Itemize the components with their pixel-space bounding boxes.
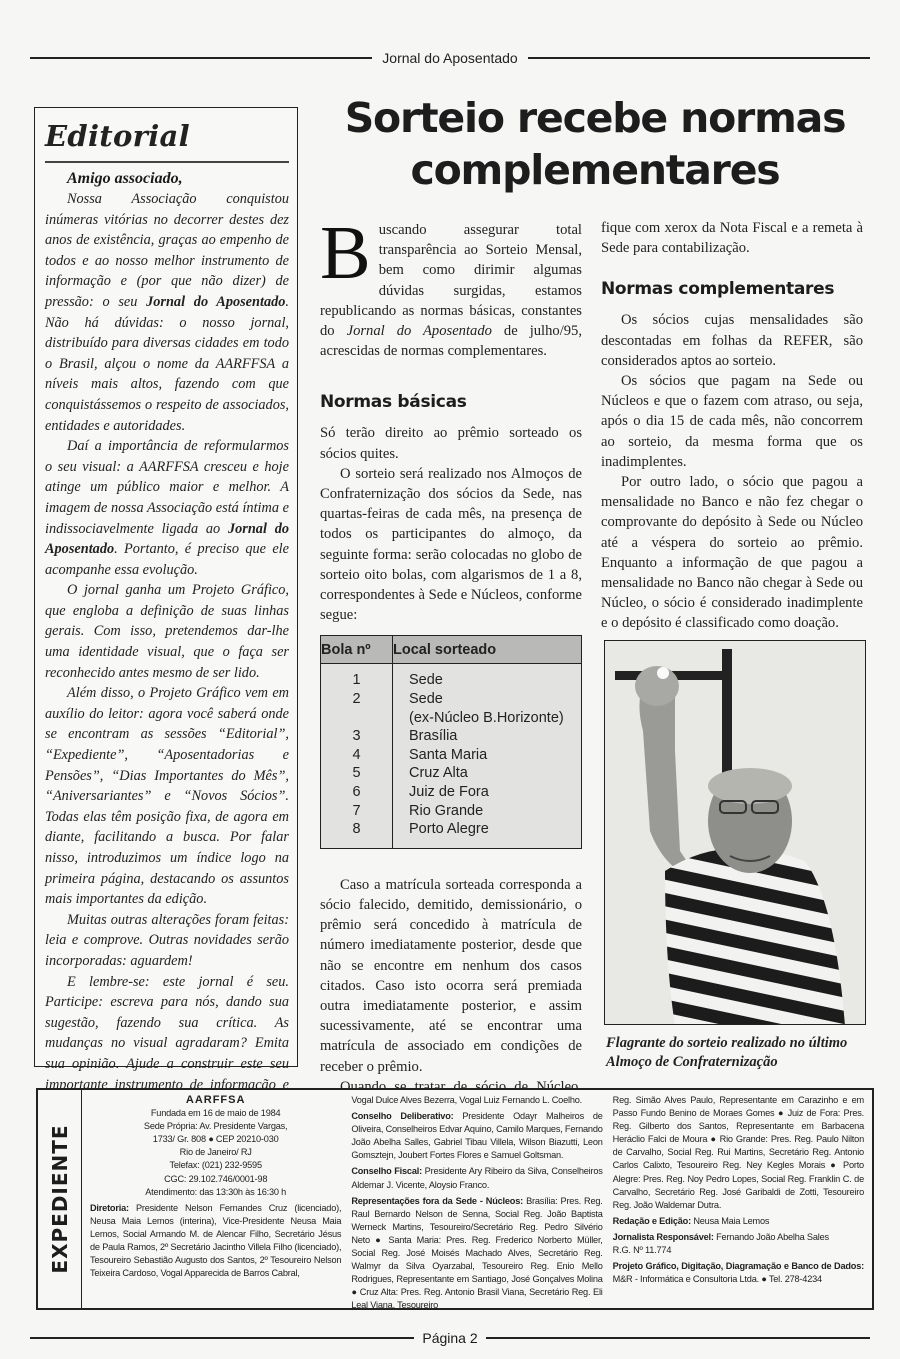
- header-rule-right: [528, 57, 870, 59]
- table-row: 8Porto Alegre: [321, 820, 582, 848]
- table-row: 1Sede: [321, 664, 582, 690]
- org-line: Rio de Janeiro/ RJ: [90, 1146, 341, 1159]
- table-row: 7Rio Grande: [321, 802, 582, 821]
- article-paragraph: Caso a matrícula sorteada corresponda a …: [320, 875, 582, 1077]
- conselho-fiscal-block: Conselho Fiscal: Presidente Ary Ribeiro …: [351, 1165, 602, 1191]
- org-line: CGC: 29.102.746/0001-98: [90, 1173, 341, 1186]
- editorial-salutation: Amigo associado,: [67, 169, 289, 189]
- editorial-paragraph: Muitas outras alterações foram feitas: l…: [45, 910, 289, 972]
- org-name: AARFFSA: [90, 1094, 341, 1107]
- editorial-box: Editorial Amigo associado, Nossa Associa…: [34, 107, 298, 1067]
- footer-rule-right: [486, 1337, 870, 1339]
- editorial-paragraph: Daí a importância de reformularmos o seu…: [45, 436, 289, 580]
- header-rule-left: [30, 57, 372, 59]
- photo-man-drawing-ball-icon: [605, 641, 866, 1025]
- expediente-box: EXPEDIENTE AARFFSA Fundada em 16 de maio…: [36, 1088, 874, 1310]
- org-line: Telefax: (021) 232-9595: [90, 1159, 341, 1172]
- table-header-row: Bola nº Local sorteado: [321, 636, 582, 664]
- running-footer: Página 2: [30, 1328, 870, 1348]
- article-paragraph: Por outro lado, o sócio que pagou a mens…: [601, 472, 863, 634]
- table-row: 6Juiz de Fora: [321, 783, 582, 802]
- org-line: Fundada em 16 de maio de 1984: [90, 1107, 341, 1120]
- page-number: Página 2: [414, 1330, 485, 1346]
- running-title: Jornal do Aposentado: [372, 50, 527, 66]
- expediente-column-1: AARFFSA Fundada em 16 de maio de 1984 Se…: [90, 1094, 341, 1304]
- table-row: 5Cruz Alta: [321, 764, 582, 783]
- editorial-paragraph: Além disso, o Projeto Gráfico vem em aux…: [45, 683, 289, 910]
- jornalista-rg: R.G. Nº 11.774: [613, 1244, 864, 1257]
- drop-cap: B: [320, 224, 371, 282]
- table-header-bola: Bola nº: [321, 636, 393, 664]
- table-row: 4Santa Maria: [321, 746, 582, 765]
- table-row: 3Brasília: [321, 727, 582, 746]
- article-lead: Buscando assegurar total transparência a…: [320, 220, 582, 361]
- editorial-divider: [45, 161, 289, 163]
- vogais-line: Vogal Dulce Alves Bezerra, Vogal Luiz Fe…: [351, 1094, 602, 1107]
- article-paragraph: Os sócios que pagam na Sede ou Núcleos e…: [601, 371, 863, 472]
- table-header-local: Local sorteado: [393, 636, 582, 664]
- table-row: (ex-Núcleo B.Horizonte): [321, 709, 582, 728]
- expediente-body: AARFFSA Fundada em 16 de maio de 1984 Se…: [82, 1090, 872, 1308]
- expediente-column-2: Vogal Dulce Alves Bezerra, Vogal Luiz Fe…: [351, 1094, 602, 1304]
- article-column-middle: Buscando assegurar total transparência a…: [320, 220, 582, 1137]
- redacao-block: Redação e Edição: Neusa Maia Lemos: [613, 1215, 864, 1228]
- photo-sorteio: [604, 640, 866, 1025]
- article-paragraph: O sorteio será realizado nos Almoços de …: [320, 464, 582, 626]
- conselho-deliberativo-block: Conselho Deliberativo: Presidente Odayr …: [351, 1110, 602, 1162]
- jornalista-block: Jornalista Responsável: Fernando João Ab…: [613, 1231, 864, 1244]
- org-line: Sede Própria: Av. Presidente Vargas,: [90, 1120, 341, 1133]
- expediente-side-label: EXPEDIENTE: [38, 1090, 82, 1308]
- article-paragraph: Os sócios cujas mensalidades são descont…: [601, 310, 863, 371]
- section-heading-complementary: Normas complementares: [601, 278, 863, 300]
- expediente-label: EXPEDIENTE: [48, 1124, 72, 1273]
- photo-caption: Flagrante do sorteio realizado no último…: [606, 1034, 876, 1072]
- editorial-title: Editorial: [45, 118, 289, 154]
- running-header: Jornal do Aposentado: [30, 48, 870, 68]
- editorial-paragraph: Nossa Associação conquistou inúmeras vit…: [45, 189, 289, 436]
- representacoes-block: Representações fora da Sede - Núcleos: B…: [351, 1195, 602, 1313]
- table-row: 2Sede: [321, 690, 582, 709]
- org-line: Atendimento: das 13:30h às 16:30 h: [90, 1186, 341, 1199]
- representacoes-continued: Reg. Simão Alves Paulo, Representante em…: [613, 1094, 864, 1212]
- projeto-block: Projeto Gráfico, Digitação, Diagramação …: [613, 1260, 864, 1286]
- org-line: 1733/ Gr. 808 ● CEP 20210-030: [90, 1133, 341, 1146]
- article-headline: Sorteio recebe normas complementares: [312, 92, 878, 196]
- expediente-column-3: Reg. Simão Alves Paulo, Representante em…: [613, 1094, 864, 1304]
- diretoria-block: Diretoria: Presidente Nelson Fernandes C…: [90, 1202, 341, 1281]
- footer-rule-left: [30, 1337, 414, 1339]
- article-continuation: fique com xerox da Nota Fiscal e a remet…: [601, 218, 863, 258]
- article-column-right: fique com xerox da Nota Fiscal e a remet…: [601, 218, 863, 634]
- editorial-paragraph: O jornal ganha um Projeto Gráfico, que e…: [45, 580, 289, 683]
- section-heading-basic: Normas básicas: [320, 391, 582, 413]
- article-paragraph: Só terão direito ao prêmio sorteado os s…: [320, 423, 582, 463]
- sorteio-table: Bola nº Local sorteado 1Sede 2Sede (ex-N…: [320, 635, 582, 848]
